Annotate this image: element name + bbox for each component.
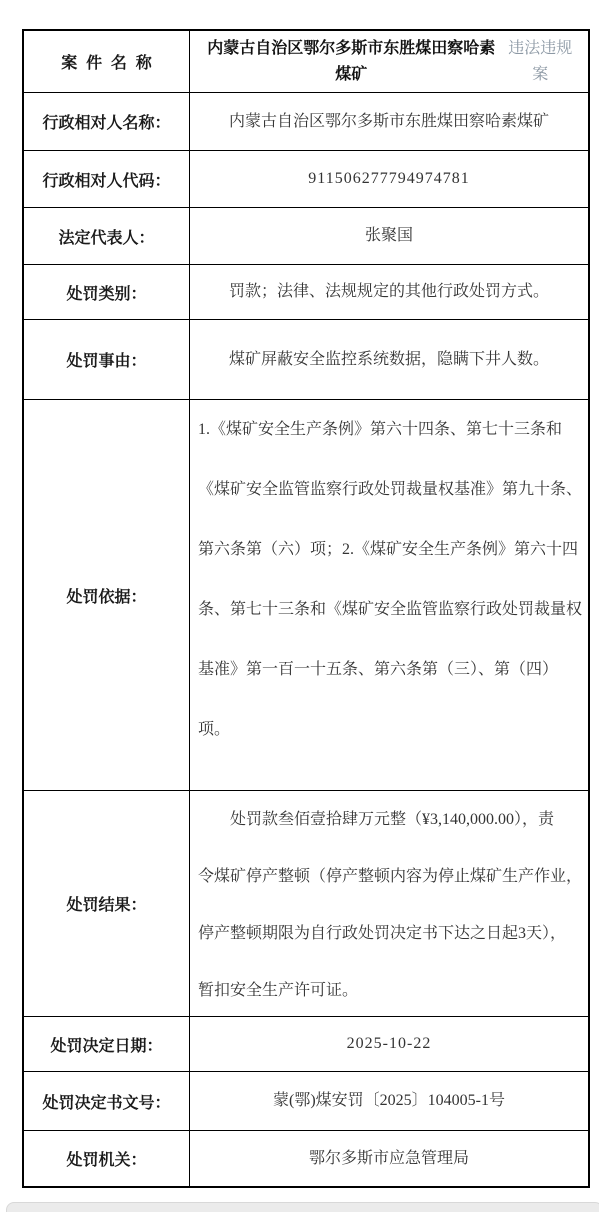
penalty-authority-value: 鄂尔多斯市应急管理局	[190, 1131, 588, 1186]
party-code-value: 911506277794974781	[190, 151, 588, 207]
row-legal-representative: 法定代表人： 张聚国	[24, 207, 588, 264]
penalty-basis-value: 1.《煤矿安全生产条例》第六十四条、第七十三条和 《煤矿安全监管监察行政处罚裁量…	[190, 400, 599, 790]
row-penalty-authority: 处罚机关： 鄂尔多斯市应急管理局	[24, 1130, 588, 1186]
penalty-record-table: 案件名称 内蒙古自治区鄂尔多斯市东胜煤田察哈素煤矿违法违规案 行政相对人名称： …	[22, 29, 590, 1188]
row-decision-date: 处罚决定日期： 2025-10-22	[24, 1016, 588, 1071]
penalty-result-label: 处罚结果：	[24, 791, 190, 1016]
row-penalty-category: 处罚类别： 罚款；法律、法规规定的其他行政处罚方式。	[24, 264, 588, 319]
row-decision-doc-number: 处罚决定书文号： 蒙(鄂)煤安罚〔2025〕104005-1号	[24, 1071, 588, 1130]
penalty-category-label: 处罚类别：	[24, 265, 190, 319]
legal-representative-label: 法定代表人：	[24, 208, 190, 264]
penalty-result-line: 停产整顿期限为自行政处罚决定书下达之日起3天），	[198, 905, 582, 962]
penalty-basis-line: 1.《煤矿安全生产条例》第六十四条、第七十三条和	[198, 400, 582, 460]
decision-doc-number-label: 处罚决定书文号：	[24, 1072, 190, 1130]
row-penalty-reason: 处罚事由： 煤矿屏蔽安全监控系统数据，隐瞒下井人数。	[24, 319, 588, 399]
party-name-label: 行政相对人名称：	[24, 93, 190, 150]
row-penalty-basis: 处罚依据： 1.《煤矿安全生产条例》第六十四条、第七十三条和 《煤矿安全监管监察…	[24, 399, 588, 790]
penalty-result-line: 令煤矿停产整顿（停产整顿内容为停止煤矿生产作业，	[198, 848, 582, 905]
penalty-basis-line: 第六条第（六）项；2.《煤矿安全生产条例》第六十四	[198, 520, 582, 580]
row-party-code: 行政相对人代码： 911506277794974781	[24, 150, 588, 207]
case-name-label: 案件名称	[24, 31, 190, 92]
page: 案件名称 内蒙古自治区鄂尔多斯市东胜煤田察哈素煤矿违法违规案 行政相对人名称： …	[0, 0, 599, 1212]
penalty-reason-value: 煤矿屏蔽安全监控系统数据，隐瞒下井人数。	[190, 320, 588, 399]
penalty-basis-label: 处罚依据：	[24, 400, 190, 790]
party-name-value: 内蒙古自治区鄂尔多斯市东胜煤田察哈素煤矿	[190, 93, 588, 150]
row-case-name: 案件名称 内蒙古自治区鄂尔多斯市东胜煤田察哈素煤矿违法违规案	[24, 31, 588, 92]
row-penalty-result: 处罚结果： 处罚款叁佰壹拾肆万元整（¥3,140,000.00），责 令煤矿停产…	[24, 790, 588, 1016]
penalty-basis-line: 《煤矿安全监管监察行政处罚裁量权基准》第九十条、	[198, 460, 582, 520]
penalty-result-line: 处罚款叁佰壹拾肆万元整（¥3,140,000.00），责	[198, 791, 582, 848]
penalty-reason-label: 处罚事由：	[24, 320, 190, 399]
penalty-authority-label: 处罚机关：	[24, 1131, 190, 1186]
penalty-result-line: 暂扣安全生产许可证。	[198, 962, 582, 1019]
penalty-result-value: 处罚款叁佰壹拾肆万元整（¥3,140,000.00），责 令煤矿停产整顿（停产整…	[190, 791, 599, 1016]
case-name-main: 内蒙古自治区鄂尔多斯市东胜煤田察哈素煤矿	[200, 36, 502, 87]
case-name-value: 内蒙古自治区鄂尔多斯市东胜煤田察哈素煤矿违法违规案	[190, 31, 588, 92]
penalty-basis-line: 项。	[198, 700, 582, 760]
party-code-label: 行政相对人代码：	[24, 151, 190, 207]
legal-representative-value: 张聚国	[190, 208, 588, 264]
penalty-basis-line: 基准》第一百一十五条、第六条第（三）、第（四）	[198, 640, 582, 700]
case-name-suffix: 违法违规案	[502, 36, 578, 87]
penalty-basis-line: 条、第七十三条和《煤矿安全监管监察行政处罚裁量权	[198, 580, 582, 640]
next-section-top-edge	[6, 1202, 599, 1212]
decision-date-value: 2025-10-22	[190, 1017, 588, 1071]
decision-doc-number-value: 蒙(鄂)煤安罚〔2025〕104005-1号	[190, 1072, 588, 1130]
row-party-name: 行政相对人名称： 内蒙古自治区鄂尔多斯市东胜煤田察哈素煤矿	[24, 92, 588, 150]
decision-date-label: 处罚决定日期：	[24, 1017, 190, 1071]
penalty-category-value: 罚款；法律、法规规定的其他行政处罚方式。	[190, 265, 588, 319]
